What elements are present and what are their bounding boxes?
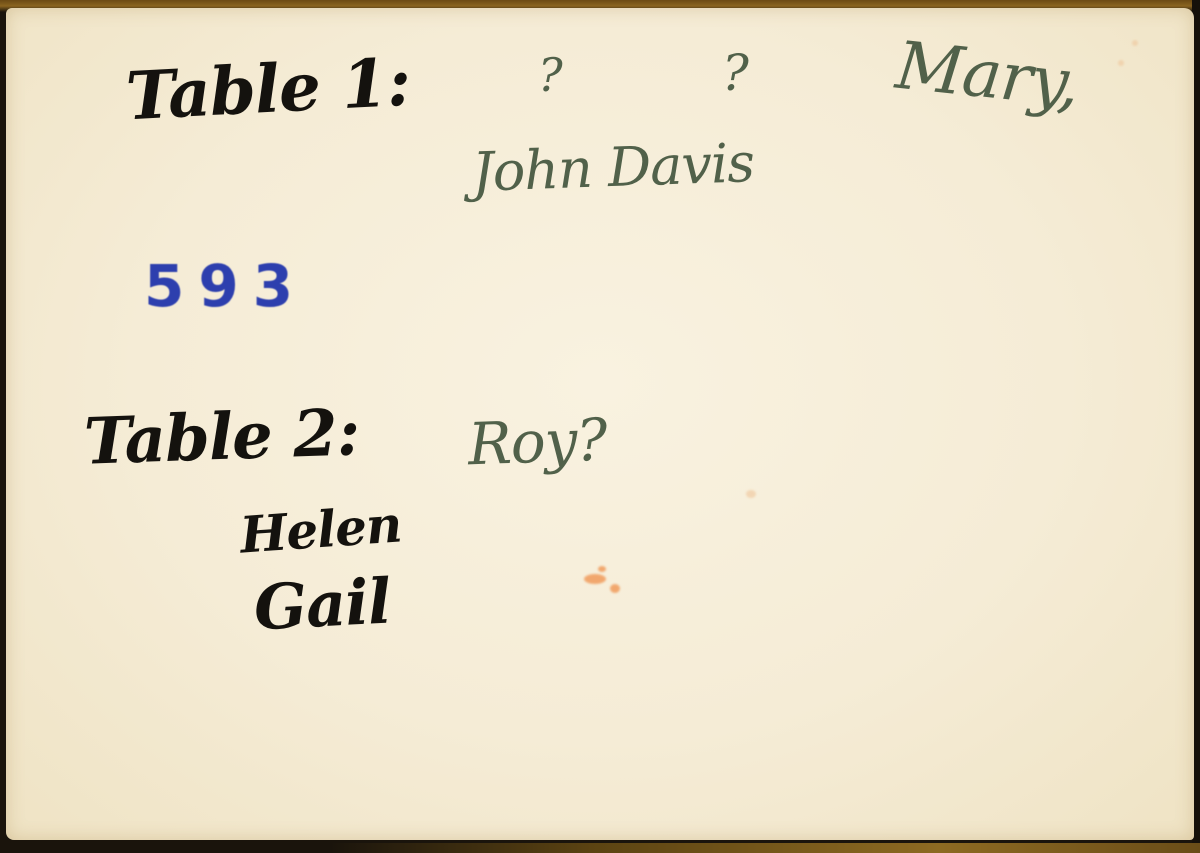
- stain-speck: [1132, 40, 1138, 46]
- stamped-number: 593: [144, 252, 307, 320]
- table-1-name-john-davis: John Davis: [471, 131, 755, 204]
- table-1-label: Table 1:: [124, 43, 412, 136]
- stain-speck: [584, 574, 606, 584]
- scan-edge-bottom: [330, 843, 1200, 853]
- table-1-unknown-2: ?: [722, 44, 748, 102]
- stain-speck: [1118, 60, 1124, 66]
- table-2-name-gail: Gail: [252, 564, 392, 644]
- stain-speck: [610, 584, 620, 593]
- table-2-name-roy: Roy?: [467, 406, 608, 479]
- table-1-unknown-1: ?: [538, 48, 562, 102]
- table-2-label: Table 2:: [83, 395, 361, 480]
- photo-card-back: Table 1: ? ? Mary, John Davis 593 Table …: [6, 8, 1194, 840]
- stain-speck: [746, 490, 756, 498]
- table-1-name-mary: Mary,: [892, 27, 1082, 123]
- table-2-name-helen: Helen: [238, 494, 403, 564]
- stain-speck: [598, 566, 606, 572]
